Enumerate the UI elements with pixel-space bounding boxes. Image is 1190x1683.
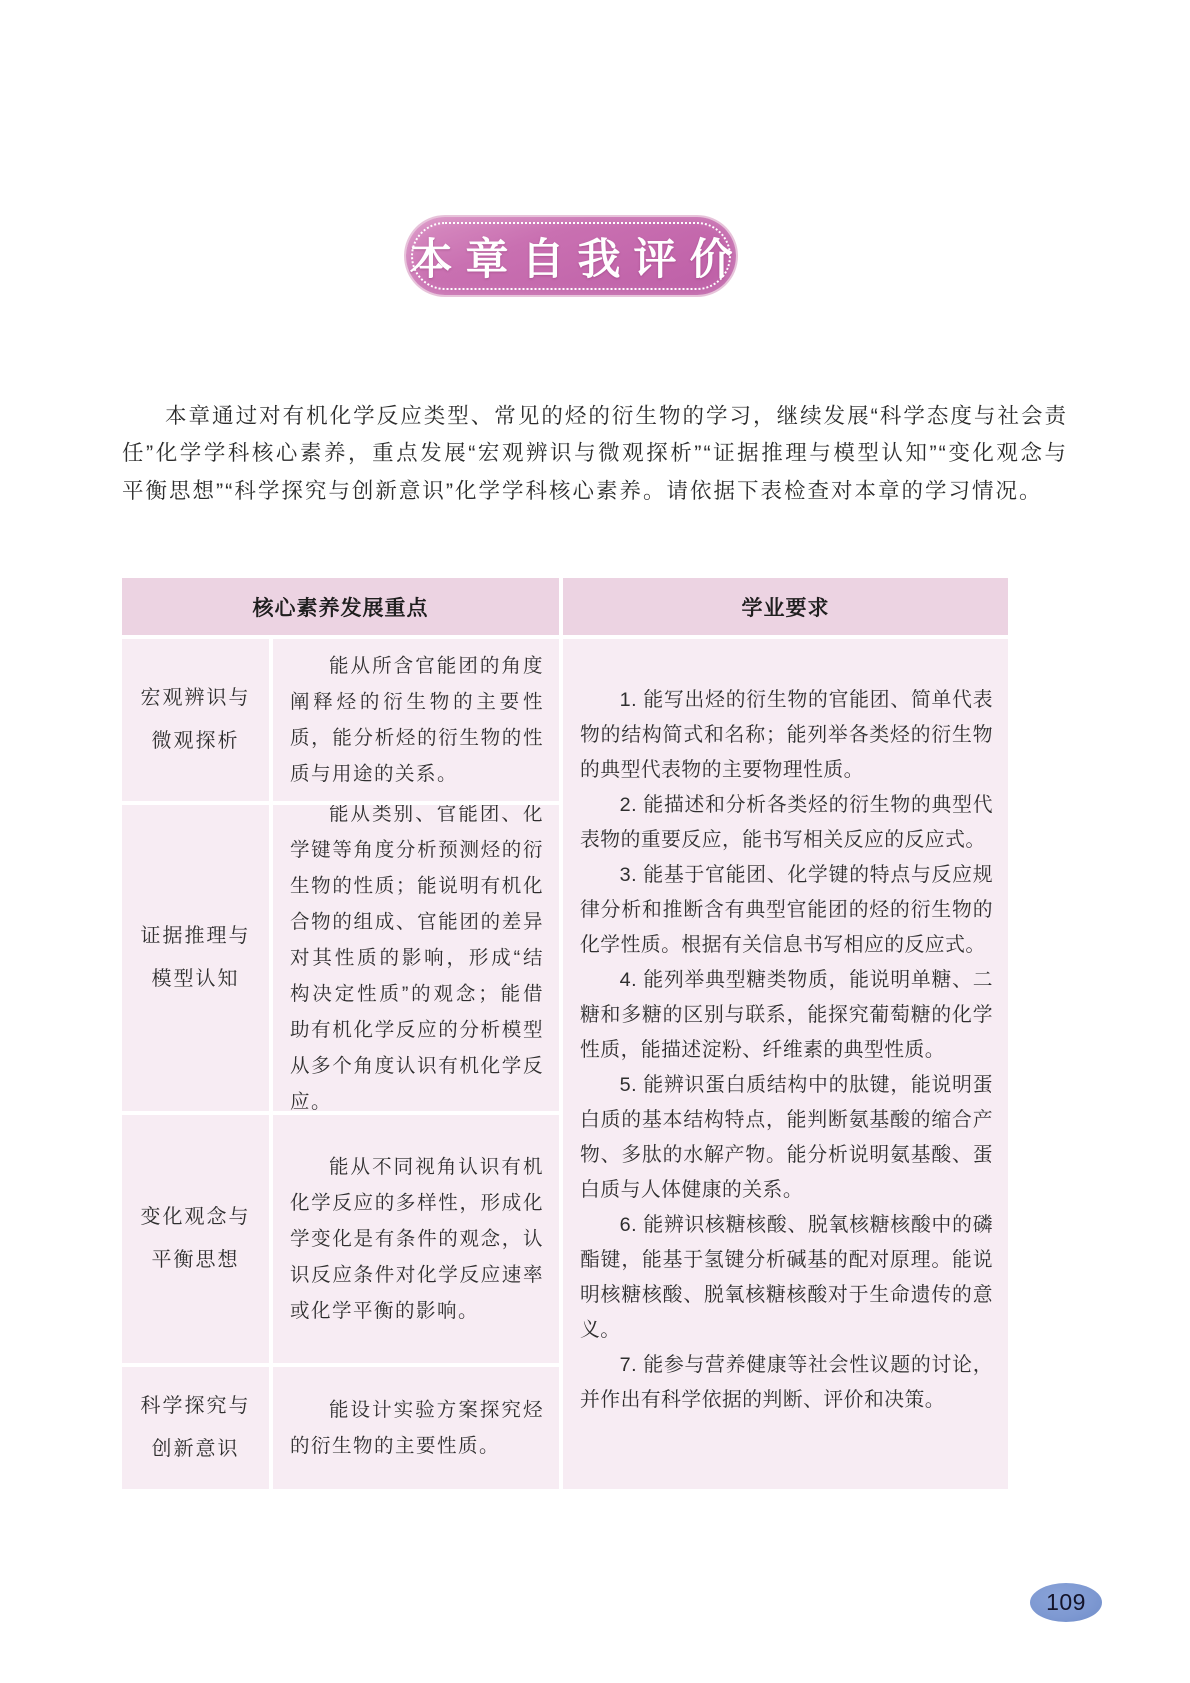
category-line: 变化观念与 [141,1196,251,1239]
requirement-item: 3. 能基于官能团、化学键的特点与反应规律分析和推断含有典型官能团的烃的衍生物的… [580,858,993,963]
category-line: 创新意识 [152,1428,240,1471]
category-line: 平衡思想 [152,1239,240,1282]
chapter-title-badge: 本章自我评价 [406,217,736,295]
category-line: 宏观辨识与 [141,677,251,720]
category-line: 证据推理与 [141,915,251,958]
self-evaluation-table: 核心素养发展重点 学业要求 宏观辨识与 微观探析 能从所含官能团的角度阐释烃的衍… [122,578,1008,1489]
category-cell-evidence-model: 证据推理与 模型认知 [122,805,269,1111]
page-number: 109 [1046,1589,1086,1616]
description-text: 能从所含官能团的角度阐释烃的衍生物的主要性质，能分析烃的衍生物的性质与用途的关系… [290,648,544,792]
table-header-requirements: 学业要求 [563,578,1008,635]
requirement-item: 2. 能描述和分析各类烃的衍生物的典型代表物的重要反应，能书写相关反应的反应式。 [580,788,993,858]
academic-requirements-cell: 1. 能写出烃的衍生物的官能团、简单代表物的结构简式和名称；能列举各类烃的衍生物… [563,639,1008,1489]
description-cell-evidence-model: 能从类别、官能团、化学键等角度分析预测烃的衍生物的性质；能说明有机化合物的组成、… [273,805,559,1111]
description-cell-inquiry-innovation: 能设计实验方案探究烃的衍生物的主要性质。 [273,1367,559,1489]
textbook-page: 本章自我评价 本章通过对有机化学反应类型、常见的烃的衍生物的学习，继续发展“科学… [0,0,1190,1683]
chapter-title: 本章自我评价 [397,226,746,287]
description-text: 能从不同视角认识有机化学反应的多样性，形成化学变化是有条件的观念，认识反应条件对… [290,1149,544,1329]
requirement-item: 7. 能参与营养健康等社会性议题的讨论，并作出有科学依据的判断、评价和决策。 [580,1348,993,1418]
requirement-item: 1. 能写出烃的衍生物的官能团、简单代表物的结构简式和名称；能列举各类烃的衍生物… [580,683,993,788]
requirement-item: 4. 能列举典型糖类物质，能说明单糖、二糖和多糖的区别与联系，能探究葡萄糖的化学… [580,963,993,1068]
requirement-item: 6. 能辨识核糖核酸、脱氧核糖核酸中的磷酯键，能基于氢键分析碱基的配对原理。能说… [580,1208,993,1348]
category-cell-inquiry-innovation: 科学探究与 创新意识 [122,1367,269,1489]
description-text: 能设计实验方案探究烃的衍生物的主要性质。 [290,1392,544,1464]
description-cell-change-balance: 能从不同视角认识有机化学反应的多样性，形成化学变化是有条件的观念，认识反应条件对… [273,1115,559,1363]
category-cell-change-balance: 变化观念与 平衡思想 [122,1115,269,1363]
description-cell-macro-micro: 能从所含官能团的角度阐释烃的衍生物的主要性质，能分析烃的衍生物的性质与用途的关系… [273,639,559,801]
category-line: 模型认知 [152,958,240,1001]
category-cell-macro-micro: 宏观辨识与 微观探析 [122,639,269,801]
page-number-badge: 109 [1030,1583,1102,1622]
table-header-focus: 核心素养发展重点 [122,578,559,635]
category-line: 微观探析 [152,720,240,763]
intro-paragraph: 本章通过对有机化学反应类型、常见的烃的衍生物的学习，继续发展“科学态度与社会责任… [122,398,1068,511]
category-line: 科学探究与 [141,1385,251,1428]
requirement-item: 5. 能辨识蛋白质结构中的肽键，能说明蛋白质的基本结构特点，能判断氨基酸的缩合产… [580,1068,993,1208]
description-text: 能从类别、官能团、化学键等角度分析预测烃的衍生物的性质；能说明有机化合物的组成、… [290,805,544,1111]
